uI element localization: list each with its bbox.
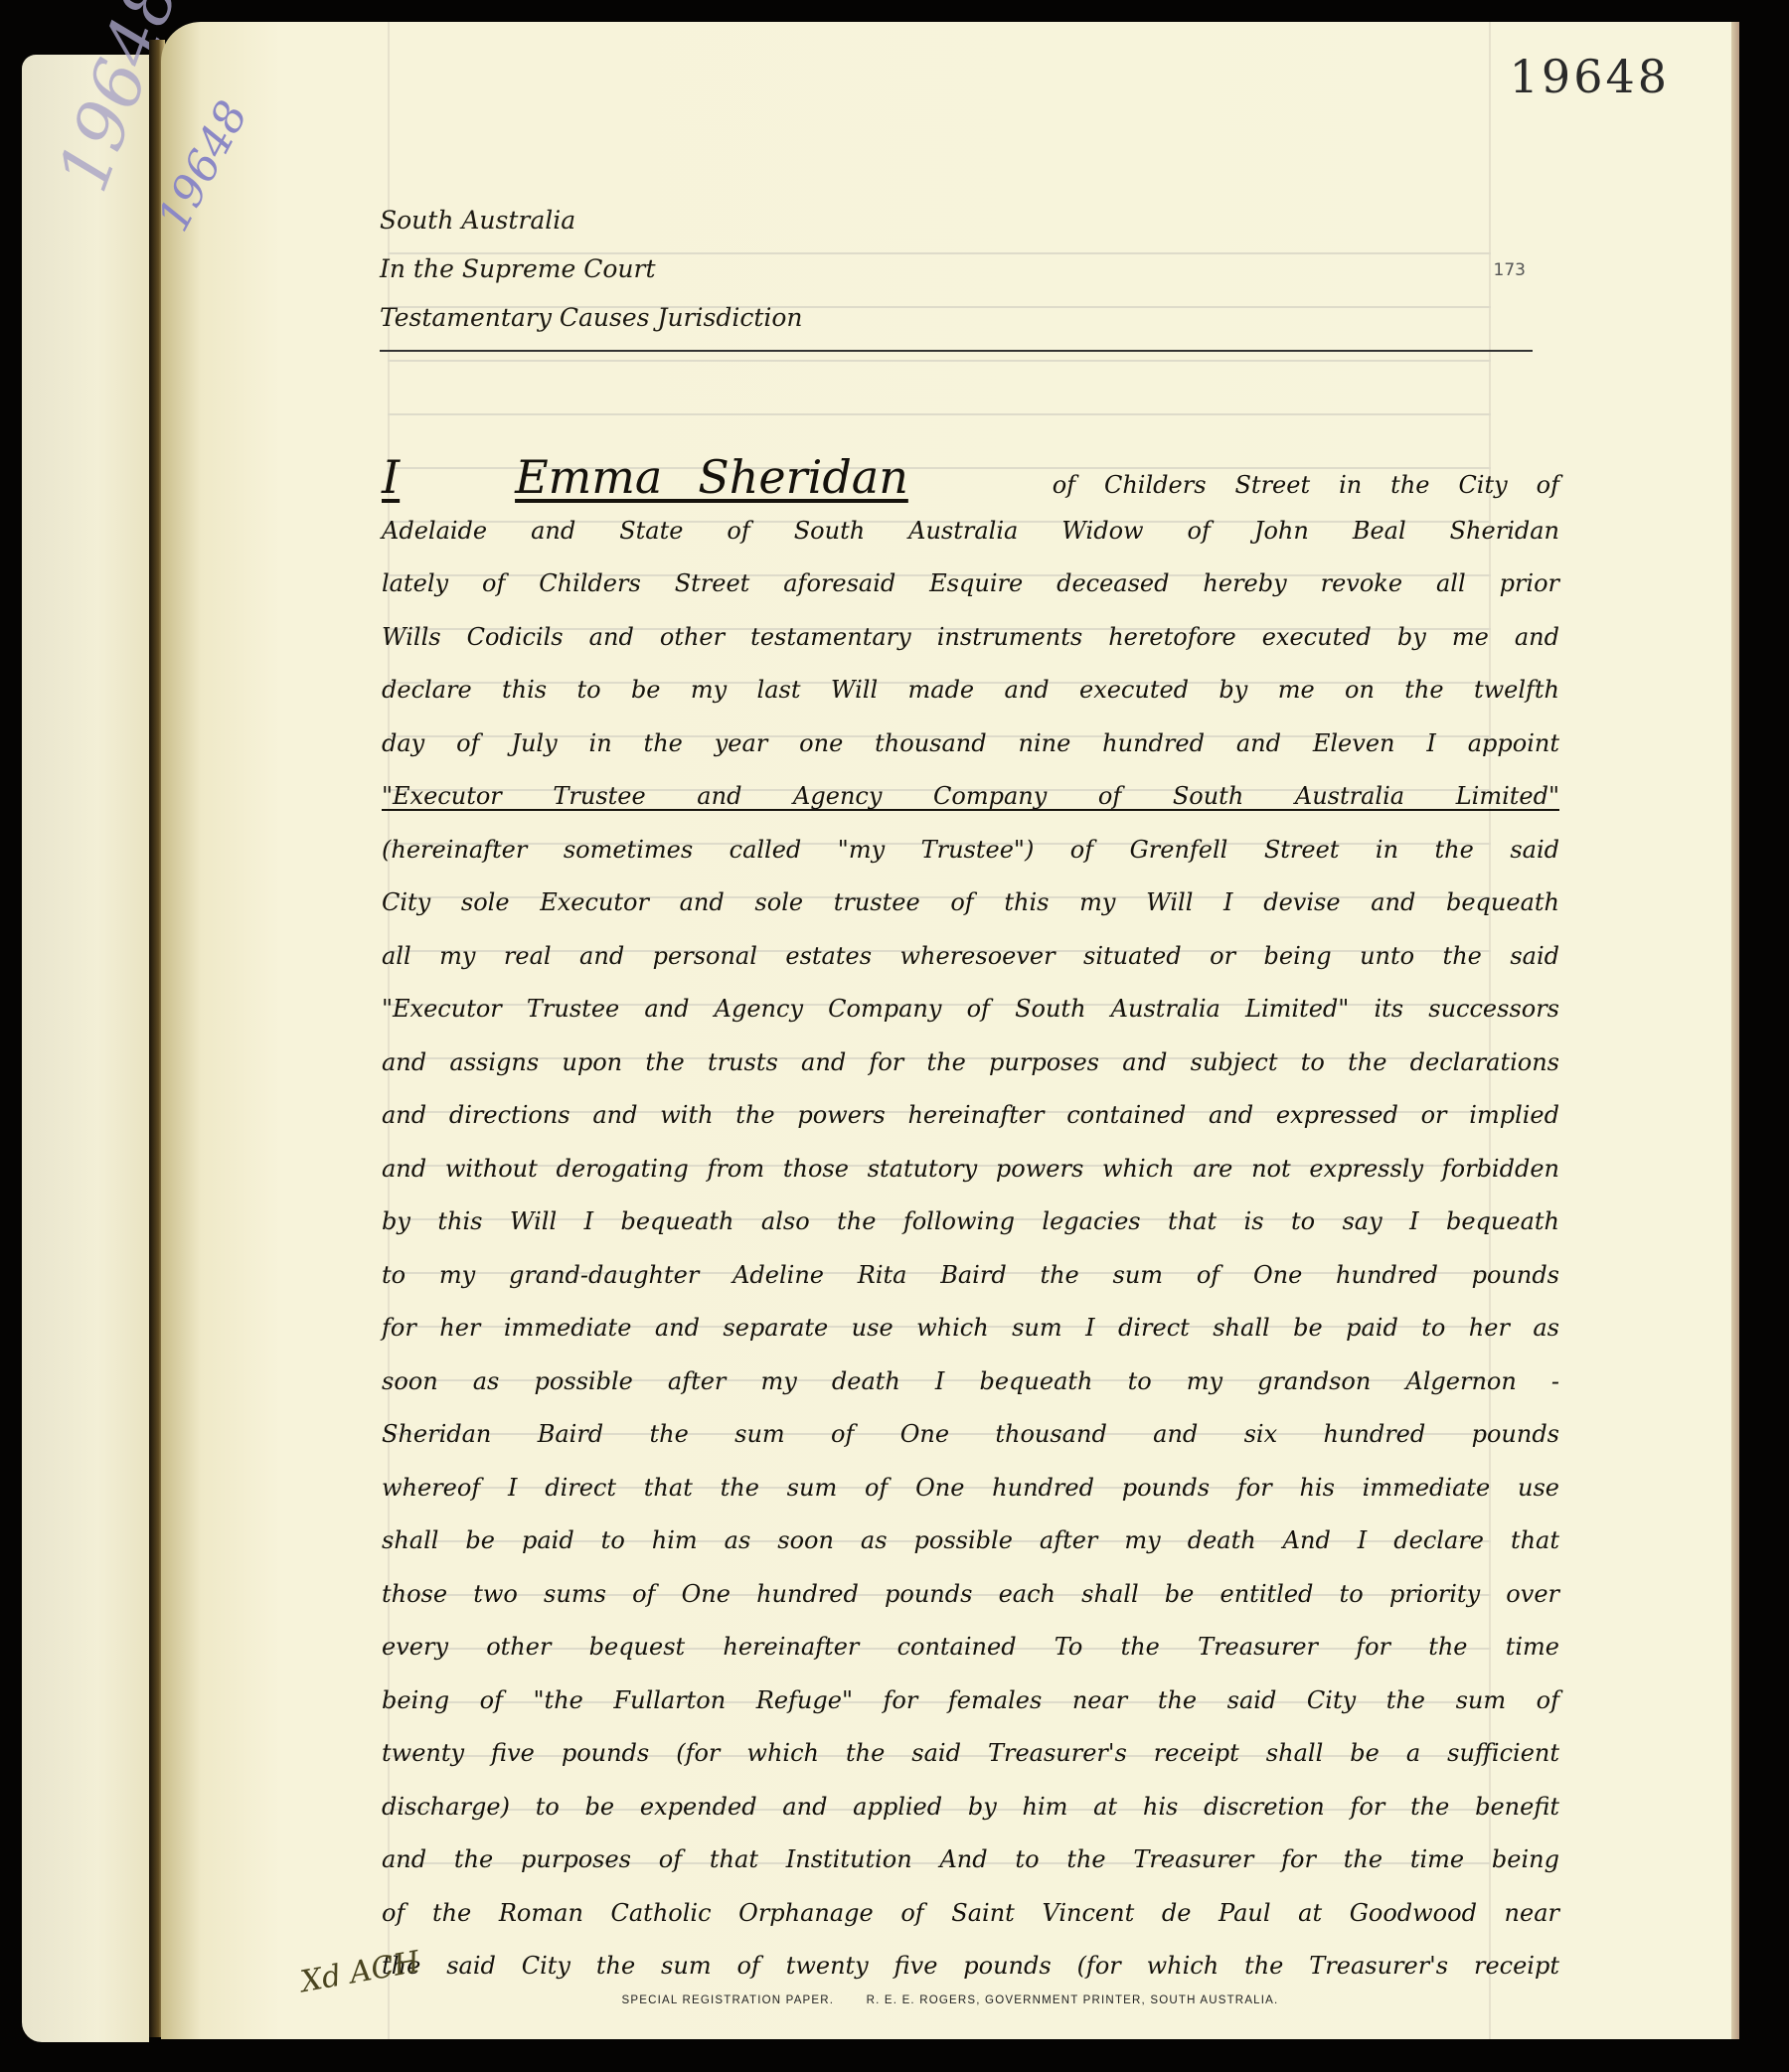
will-line: those two sums of One hundred pounds eac… — [382, 1568, 1559, 1622]
previous-page-edge: 19648 — [22, 55, 149, 2042]
will-line: and without derogating from those statut… — [382, 1143, 1559, 1196]
folio-note: 173 — [1494, 260, 1526, 280]
opening-line: I Emma Sheridan of Childers Street in th… — [382, 451, 1559, 505]
will-line: every other bequest hereinafter containe… — [382, 1621, 1559, 1674]
will-line: the said City the sum of twenty five pou… — [382, 1940, 1559, 1993]
will-line: lately of Childers Street aforesaid Esqu… — [382, 558, 1559, 611]
heading-jurisdiction: Testamentary Causes Jurisdiction — [380, 293, 803, 342]
will-line: shall be paid to him as soon as possible… — [382, 1514, 1559, 1568]
will-line-trustee-company: "Executor Trustee and Agency Company of … — [382, 770, 1559, 824]
will-line: all my real and personal estates whereso… — [382, 930, 1559, 984]
will-line: and directions and with the powers herei… — [382, 1089, 1559, 1143]
will-line: "Executor Trustee and Agency Company of … — [382, 983, 1559, 1036]
will-line: to my grand-daughter Adeline Rita Baird … — [382, 1249, 1559, 1303]
will-line: of Childers Street in the City of — [1053, 471, 1559, 499]
will-line: (hereinafter sometimes called "my Truste… — [382, 824, 1559, 877]
will-line: City sole Executor and sole trustee of t… — [382, 877, 1559, 930]
registration-number: 19648 — [1510, 50, 1670, 103]
opening-pronoun: I — [382, 450, 400, 504]
page-fore-edge — [1731, 22, 1739, 2039]
court-heading: South Australia In the Supreme Court Tes… — [380, 196, 803, 342]
will-line: declare this to be my last Will made and… — [382, 664, 1559, 717]
printer-imprint: SPECIAL REGISTRATION PAPER. R. E. E. ROG… — [161, 1994, 1739, 2006]
testator-name: Emma Sheridan — [515, 450, 908, 504]
margin-pencil-number: 19648 — [161, 92, 258, 239]
will-line: and assigns upon the trusts and for the … — [382, 1036, 1559, 1090]
will-line: of the Roman Catholic Orphanage of Saint… — [382, 1887, 1559, 1941]
imprint-paper: SPECIAL REGISTRATION PAPER. — [622, 1994, 835, 2006]
will-line: twenty five pounds (for which the said T… — [382, 1727, 1559, 1781]
will-line: whereof I direct that the sum of One hun… — [382, 1462, 1559, 1515]
scanned-register-spread: 19648 19648 19648 173 South Australia In… — [0, 0, 1789, 2072]
will-line: for her immediate and separate use which… — [382, 1302, 1559, 1355]
will-line: and the purposes of that Institution And… — [382, 1833, 1559, 1887]
heading-state: South Australia — [380, 196, 803, 244]
imprint-printer: R. E. E. ROGERS, GOVERNMENT PRINTER, SOU… — [867, 1994, 1279, 2006]
will-line: Sheridan Baird the sum of One thousand a… — [382, 1408, 1559, 1462]
will-page: 19648 19648 173 South Australia In the S… — [161, 22, 1739, 2039]
will-line: by this Will I bequeath also the followi… — [382, 1195, 1559, 1249]
heading-court: In the Supreme Court — [380, 244, 803, 293]
will-line: day of July in the year one thousand nin… — [382, 717, 1559, 771]
will-line: discharge) to be expended and applied by… — [382, 1781, 1559, 1834]
heading-underline — [380, 350, 1533, 352]
will-line: Wills Codicils and other testamentary in… — [382, 611, 1559, 665]
will-line: being of "the Fullarton Refuge" for fema… — [382, 1674, 1559, 1728]
will-body: I Emma Sheridan of Childers Street in th… — [382, 451, 1559, 1993]
will-line: Adelaide and State of South Australia Wi… — [382, 505, 1559, 558]
will-line: soon as possible after my death I bequea… — [382, 1355, 1559, 1409]
